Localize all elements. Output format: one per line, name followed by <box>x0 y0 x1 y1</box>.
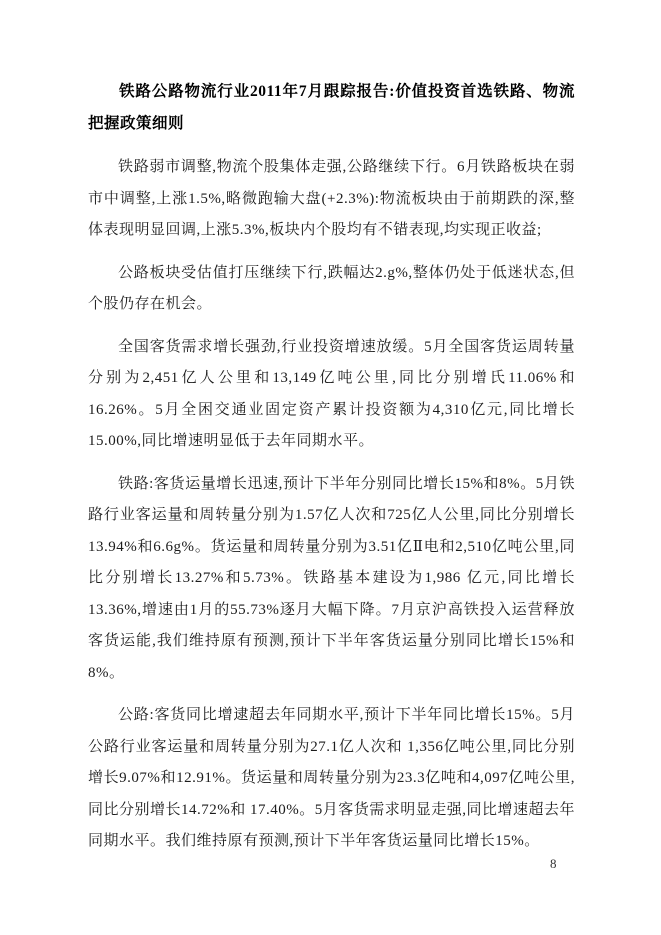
paragraph-national-demand: 全国客货需求增长强劲,行业投资增速放缓。5月全国客货运周转量分别为2,451亿人… <box>88 332 575 458</box>
paragraph-railway-detail: 铁路:客货运量增长迅速,预计下半年分别同比增长15%和8%。5月铁路行业客运量和… <box>88 469 575 690</box>
document-title: 铁路公路物流行业2011年7月跟踪报告:价值投资首选铁路、物流把握政策细则 <box>88 76 575 140</box>
page-number: 8 <box>550 856 557 872</box>
paragraph-highway-sector: 公路板块受估值打压继续下行,跌幅达2.g%,整体仍处于低迷状态,但个股仍存在机会… <box>88 258 575 321</box>
paragraph-market-review: 铁路弱市调整,物流个股集体走强,公路继续下行。6月铁路板块在弱市中调整,上涨1.… <box>88 152 575 247</box>
paragraph-highway-detail: 公路:客货同比增逮超去年同期水平,预计下半年同比增长15%。5月公路行业客运量和… <box>88 700 575 858</box>
document-page: 铁路公路物流行业2011年7月跟踪报告:价值投资首选铁路、物流把握政策细则 铁路… <box>0 0 661 935</box>
